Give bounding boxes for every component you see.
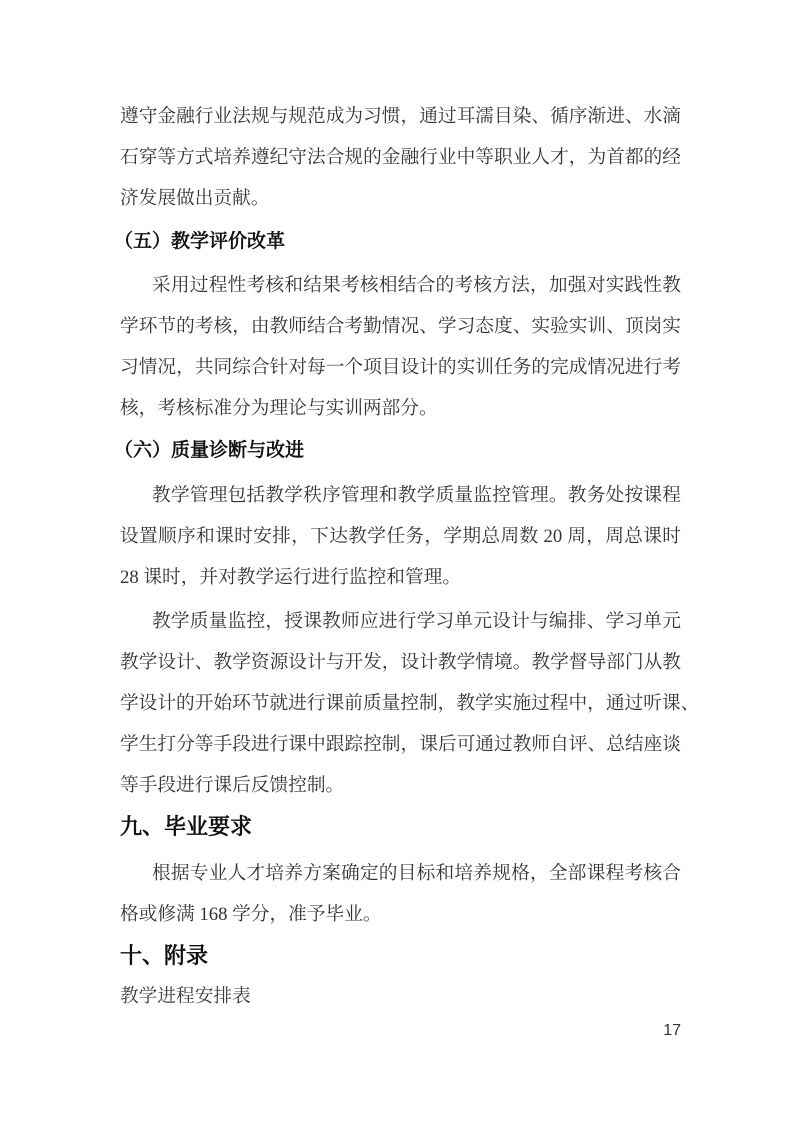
appendix-item-label: 教学进程安排表: [120, 976, 681, 1017]
page-content: 遵守金融行业法规与规范成为习惯，通过耳濡目染、循序渐进、水滴 石穿等方式培养遵纪…: [120, 96, 681, 1017]
paragraph-line: 遵守金融行业法规与规范成为习惯，通过耳濡目染、循序渐进、水滴: [120, 96, 681, 137]
paragraph-graduation: 根据专业人才培养方案确定的目标和培养规格，全部课程考核合 格或修满 168 学分…: [120, 853, 681, 935]
paragraph-line: 石穿等方式培养遵纪守法合规的金融行业中等职业人才，为首都的经: [120, 137, 681, 178]
paragraph-management: 教学管理包括教学秩序管理和教学质量监控管理。教务处按课程 设置顺序和课时安排，下…: [120, 475, 681, 598]
paragraph-line: 学生打分等手段进行课中跟踪控制，课后可通过教师自评、总结座谈: [120, 724, 681, 765]
paragraph-assessment: 采用过程性考核和结果考核相结合的考核方法，加强对实践性教 学环节的考核，由教师结…: [120, 265, 681, 429]
paragraph-line: 习情况，共同综合针对每一个项目设计的实训任务的完成情况进行考: [120, 347, 681, 388]
paragraph-line: 教学设计、教学资源设计与开发，设计教学情境。教学督导部门从教: [120, 642, 681, 683]
paragraph-line: 学环节的考核，由教师结合考勤情况、学习态度、实验实训、顶岗实: [120, 306, 681, 347]
chapter-heading-10: 十、附录: [120, 935, 681, 976]
paragraph-line: 采用过程性考核和结果考核相结合的考核方法，加强对实践性教: [120, 265, 681, 306]
paragraph-line: 学设计的开始环节就进行课前质量控制，教学实施过程中，通过听课、: [120, 683, 681, 724]
chapter-heading-9: 九、毕业要求: [120, 806, 681, 847]
section-heading-6: （六）质量诊断与改进: [114, 430, 681, 471]
paragraph-line: 28 课时，并对教学运行进行监控和管理。: [120, 557, 681, 598]
paragraph-line: 教学管理包括教学秩序管理和教学质量监控管理。教务处按课程: [120, 475, 681, 516]
paragraph-line: 格或修满 168 学分，准予毕业。: [120, 894, 681, 935]
section-heading-5: （五）教学评价改革: [114, 221, 681, 262]
paragraph-quality-monitoring: 教学质量监控，授课教师应进行学习单元设计与编排、学习单元 教学设计、教学资源设计…: [120, 601, 681, 806]
paragraph-line: 济发展做出贡献。: [120, 178, 681, 219]
paragraph-line: 教学质量监控，授课教师应进行学习单元设计与编排、学习单元: [120, 601, 681, 642]
paragraph-line: 根据专业人才培养方案确定的目标和培养规格，全部课程考核合: [120, 853, 681, 894]
document-page: 遵守金融行业法规与规范成为习惯，通过耳濡目染、循序渐进、水滴 石穿等方式培养遵纪…: [0, 0, 800, 1131]
paragraph-line: 核，考核标准分为理论与实训两部分。: [120, 388, 681, 429]
paragraph-line: 等手段进行课后反馈控制。: [120, 765, 681, 806]
paragraph-continuation: 遵守金融行业法规与规范成为习惯，通过耳濡目染、循序渐进、水滴 石穿等方式培养遵纪…: [120, 96, 681, 219]
paragraph-line: 设置顺序和课时安排，下达教学任务，学期总周数 20 周，周总课时: [120, 516, 681, 557]
page-number: 17: [663, 1019, 681, 1043]
